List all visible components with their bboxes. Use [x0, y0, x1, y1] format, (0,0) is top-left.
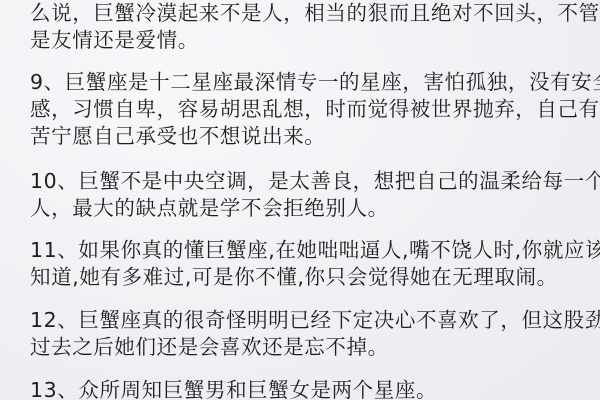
text-line: 人，最大的缺点就是学不会拒绝别人。: [30, 195, 389, 222]
text-line: 知道,她有多难过,可是你不懂,你只会觉得她在无理取闹。: [30, 264, 558, 291]
text-line: 11、如果你真的懂巨蟹座,在她咄咄逼人,嘴不饶人时,你就应该: [30, 237, 600, 264]
text-line: 13、众所周知巨蟹男和巨蟹女是两个星座。: [30, 377, 437, 400]
text-line: 9、巨蟹座是十二星座最深情专一的星座，害怕孤独，没有安全: [30, 69, 600, 96]
text-line: 么说，巨蟹冷漠起来不是人，相当的狠而且绝对不回头，不管: [30, 0, 600, 27]
text-line: 过去之后她们还是会喜欢还是忘不掉。: [30, 334, 389, 361]
text-line: 是友情还是爱情。: [30, 27, 199, 54]
text-line: 10、巨蟹不是中央空调，是太善良，想把自己的温柔给每一个: [30, 168, 600, 195]
text-line: 苦宁愿自己承受也不想说出来。: [30, 123, 325, 150]
text-line: 12、巨蟹座真的很奇怪明明已经下定决心不喜欢了，但这股劲: [30, 307, 600, 334]
text-line: 感，习惯自卑，容易胡思乱想，时而觉得被世界抛弃，自己有: [30, 96, 600, 123]
